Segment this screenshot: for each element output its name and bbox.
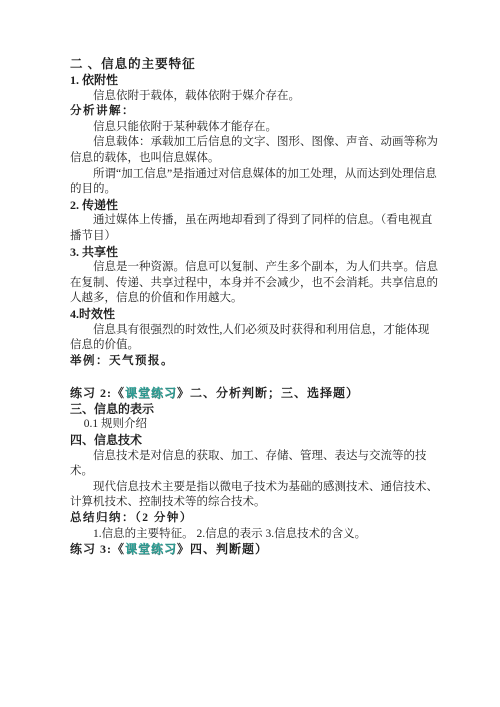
paragraph: 信息是一种资源。信息可以复制、产生多个副本，为人们共享。信息在复制、传递、共享过…	[70, 260, 440, 307]
paragraph: 信息只能依附于某种载体才能存在。	[70, 120, 440, 136]
highlighted-term: 课堂练习	[125, 386, 177, 400]
paragraph: 信息载体：承载加工后信息的文字、图形、图像、声音、动画等称为信息的载体，也叫信息…	[70, 135, 440, 166]
subsection-heading: 四、信息技术	[70, 433, 440, 449]
exercise-text: 》二、分析判断；三、选择题）	[177, 386, 359, 400]
subsection-heading: 4.时效性	[70, 307, 440, 323]
subsection-heading: 1. 依附性	[70, 73, 440, 89]
paragraph: 现代信息技术主要是指以微电子技术为基础的感测技术、通信技术、计算机技术、控制技术…	[70, 480, 440, 511]
label-line: 总结归纳：（2 分钟）	[70, 511, 440, 527]
label-line: 分析讲解：	[70, 104, 440, 120]
exercise-line: 练习 3:《课堂练习》四、判断题）	[70, 542, 440, 558]
paragraph: 信息依附于载体，载体依附于媒介存在。	[70, 89, 440, 105]
paragraph: 1.信息的主要特征。 2.信息的表示 3.信息技术的含义。	[70, 527, 440, 543]
subsection-heading: 3. 共享性	[70, 245, 440, 261]
paragraph: 所谓“加工信息”是指通过对信息媒体的加工处理，从而达到处理信息的目的。	[70, 167, 440, 198]
list-item: 0.1 规则介绍	[70, 417, 440, 433]
label-line: 举例：天气预报。	[70, 354, 440, 370]
paragraph: 信息技术是对信息的获取、加工、存储、管理、表达与交流等的技术。	[70, 449, 440, 480]
spacer	[70, 369, 440, 386]
paragraph: 通过媒体上传播，虽在两地却看到了得到了同样的信息。（看电视直播节目）	[70, 213, 440, 244]
document-body: 二 、信息的主要特征1. 依附性信息依附于载体，载体依附于媒介存在。分析讲解：信…	[70, 56, 440, 558]
exercise-text: 练习 2:《	[70, 386, 125, 400]
paragraph: 信息具有很强烈的时效性,人们必须及时获得和利用信息，才能体现信息的价值。	[70, 323, 440, 354]
highlighted-term: 课堂练习	[125, 542, 177, 556]
subsection-heading: 三、信息的表示	[70, 402, 440, 418]
exercise-text: 》四、判断题）	[177, 542, 268, 556]
exercise-line: 练习 2:《课堂练习》二、分析判断；三、选择题）	[70, 386, 440, 402]
section-heading: 二 、信息的主要特征	[70, 56, 440, 73]
subsection-heading: 2. 传递性	[70, 198, 440, 214]
exercise-text: 练习 3:《	[70, 542, 125, 556]
document-page: 二 、信息的主要特征1. 依附性信息依附于载体，载体依附于媒介存在。分析讲解：信…	[0, 0, 500, 707]
